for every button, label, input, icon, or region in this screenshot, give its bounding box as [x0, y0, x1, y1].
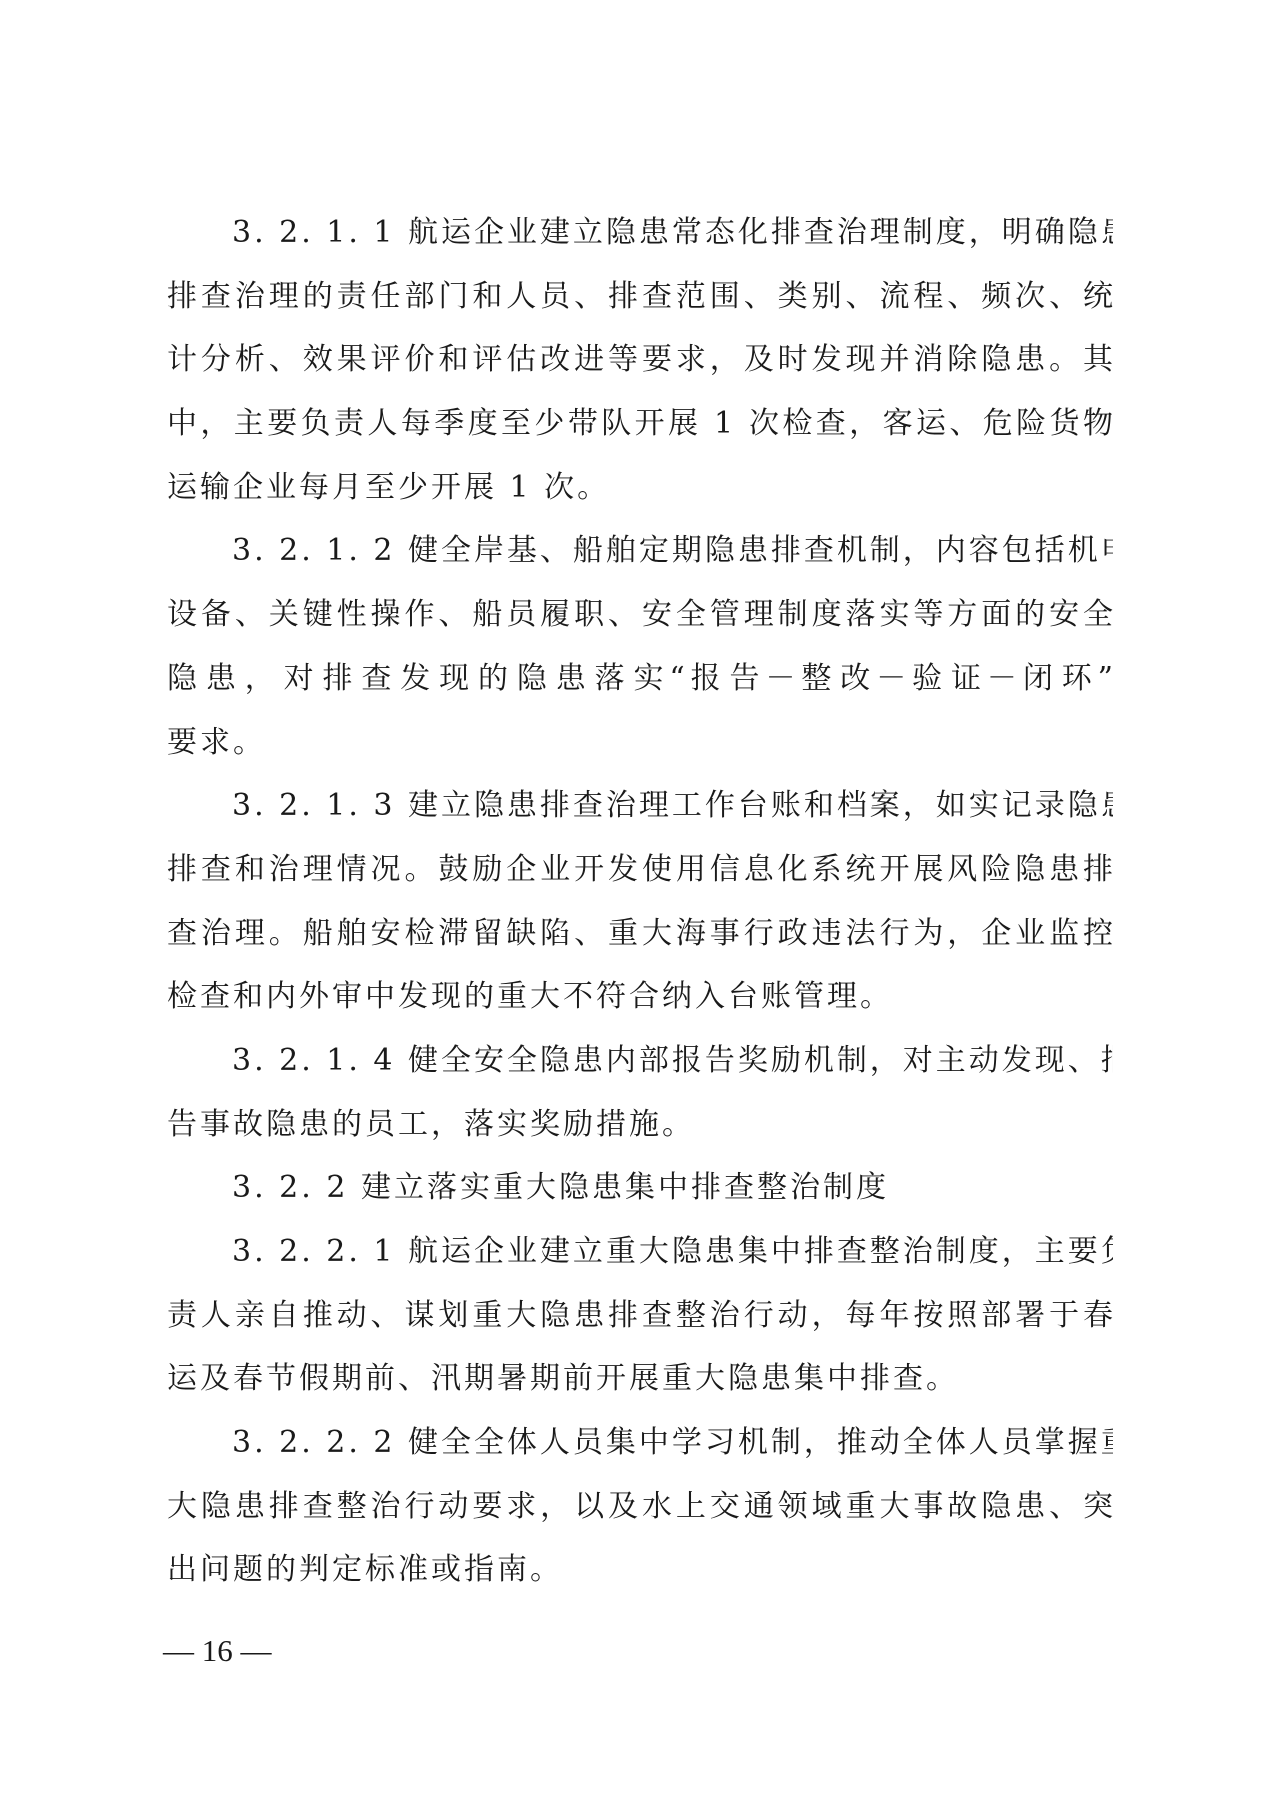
section-heading-3-2-2: 3. 2. 2 建立落实重大隐患集中排查整治制度 [167, 1156, 1113, 1220]
paragraph-3-2-1-2-line-3: 隐 患 ， 对 排 查 发 现 的 隐 患 落 实 “ 报 告 － 整 改 － … [167, 647, 1113, 711]
paragraph-3-2-1-1-line-3: 计 分 析 、 效 果 评 价 和 评 估 改 进 等 要 求 ， 及 时 发 … [167, 328, 1113, 392]
paragraph-3-2-1-4-line-1: 3 . 2 . 1 . 4 健 全 安 全 隐 患 内 部 报 告 奖 励 机 … [167, 1029, 1113, 1093]
paragraph-3-2-2-1-line-3: 运及春节假期前、汛期暑期前开展重大隐患集中排查。 [167, 1347, 1113, 1411]
paragraph-3-2-1-3-line-4: 检查和内外审中发现的重大不符合纳入台账管理。 [167, 965, 1113, 1029]
paragraph-3-2-1-2-line-1: 3 . 2 . 1 . 2 健 全 岸 基 、 船 舶 定 期 隐 患 排 查 … [167, 519, 1113, 583]
paragraph-3-2-1-3-line-1: 3 . 2 . 1 . 3 建 立 隐 患 排 查 治 理 工 作 台 账 和 … [167, 774, 1113, 838]
paragraph-3-2-1-2-line-2: 设 备 、 关 键 性 操 作 、 船 员 履 职 、 安 全 管 理 制 度 … [167, 583, 1113, 647]
paragraph-3-2-2-2-line-3: 出问题的判定标准或指南。 [167, 1538, 1113, 1602]
paragraph-3-2-1-4-line-2: 告事故隐患的员工，落实奖励措施。 [167, 1093, 1113, 1157]
paragraph-3-2-1-1-line-1: 3 . 2 . 1 . 1 航 运 企 业 建 立 隐 患 常 态 化 排 查 … [167, 201, 1113, 265]
paragraph-3-2-1-1-line-4: 中 ， 主 要 负 责 人 每 季 度 至 少 带 队 开 展 1 次 检 查 … [167, 392, 1113, 456]
paragraph-3-2-2-1-line-2: 责 人 亲 自 推 动 、 谋 划 重 大 隐 患 排 查 整 治 行 动 ， … [167, 1284, 1113, 1348]
document-body: 3 . 2 . 1 . 1 航 运 企 业 建 立 隐 患 常 态 化 排 查 … [167, 201, 1113, 1602]
document-page: 3 . 2 . 1 . 1 航 运 企 业 建 立 隐 患 常 态 化 排 查 … [0, 0, 1280, 1810]
paragraph-3-2-2-2-line-2: 大 隐 患 排 查 整 治 行 动 要 求 ， 以 及 水 上 交 通 领 域 … [167, 1475, 1113, 1539]
paragraph-3-2-2-2-line-1: 3 . 2 . 2 . 2 健 全 全 体 人 员 集 中 学 习 机 制 ， … [167, 1411, 1113, 1475]
paragraph-3-2-1-1-line-5: 运输企业每月至少开展 1 次。 [167, 456, 1113, 520]
paragraph-3-2-1-3-line-3: 查 治 理 。 船 舶 安 检 滞 留 缺 陷 、 重 大 海 事 行 政 违 … [167, 902, 1113, 966]
paragraph-3-2-1-3-line-2: 排 查 和 治 理 情 况 。 鼓 励 企 业 开 发 使 用 信 息 化 系 … [167, 838, 1113, 902]
paragraph-3-2-2-1-line-1: 3 . 2 . 2 . 1 航 运 企 业 建 立 重 大 隐 患 集 中 排 … [167, 1220, 1113, 1284]
paragraph-3-2-1-2-line-4: 要求。 [167, 711, 1113, 775]
page-number: — 16 — [163, 1634, 272, 1668]
paragraph-3-2-1-1-line-2: 排 查 治 理 的 责 任 部 门 和 人 员 、 排 查 范 围 、 类 别 … [167, 265, 1113, 329]
